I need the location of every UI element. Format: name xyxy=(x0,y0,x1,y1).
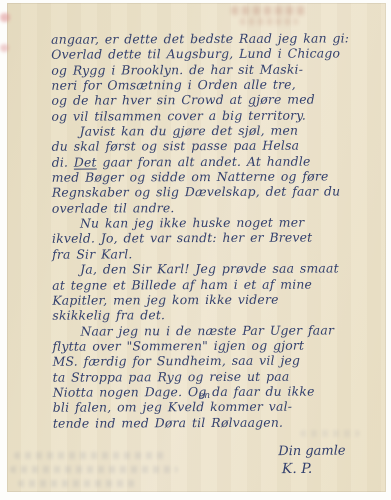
letter-line: Overlad dette til Augsburg, Lund i Chica… xyxy=(51,46,376,63)
letter-line-paragraph-start: Javist kan du gjøre det sjøl, men xyxy=(52,122,377,139)
letter-line: angaar, er dette det bedste Raad jeg kan… xyxy=(51,30,376,47)
letter-line: og de har hver sin Crowd at gjøre med xyxy=(51,92,376,109)
letter-line-paragraph-start: Nu kan jeg ikke huske noget mer xyxy=(52,214,377,231)
letter-line: og vil tilsammen cover a big territory. xyxy=(51,107,376,124)
letter-line-paragraph-start: Naar jeg nu i de næste Par Uger faar xyxy=(52,322,377,339)
letter-line: tende ind med Døra til Rølvaagen. xyxy=(53,414,378,431)
letter-line-with-insertion: bli falen, om jeg enKveld kommer val- xyxy=(53,399,378,416)
closing-phrase: Din gamle xyxy=(217,442,377,460)
inserted-word-above-line: en xyxy=(199,392,211,401)
letter-line: MS. færdig for Sundheim, saa vil jeg xyxy=(53,353,378,370)
letter-line: Kapitler, men jeg kom ikke videre xyxy=(52,291,377,308)
letter-body: angaar, er dette det bedste Raad jeg kan… xyxy=(51,30,378,430)
letter-text: gaar foran alt andet. At handle xyxy=(97,153,311,169)
letter-line-paragraph-start: Ja, den Sir Karl! Jeg prøvde saa smaat xyxy=(52,260,377,277)
letter-text: bli falen, om jeg xyxy=(53,399,168,415)
letter-line: og Rygg i Brooklyn. de har sit Maski- xyxy=(51,61,376,78)
underlined-word: Det xyxy=(74,154,97,169)
letter-line: neri for Omsætning i Orden alle tre, xyxy=(51,76,376,93)
letter-line-with-underline: di. Det gaar foran alt andet. At handle xyxy=(52,153,377,170)
scan-background: { "document": { "kind": "handwritten-let… xyxy=(0,0,391,500)
letter-line: at tegne et Billede af ham i et af mine xyxy=(52,276,377,293)
letter-line: flytta over "Sommeren" igjen og gjort xyxy=(52,337,377,354)
letter-line: du skal først og sist passe paa Helsa xyxy=(52,138,377,155)
letter-line: skikkelig fra det. xyxy=(52,306,377,323)
letter-line: ikveld. Jo, det var sandt: her er Brevet xyxy=(52,230,377,247)
letter-line: Niotta nogen Dage. Og da faar du ikke xyxy=(53,383,378,400)
signature-block: Din gamle K. P. xyxy=(217,442,377,478)
letter-text: di. xyxy=(52,154,74,169)
letter-line: med Bøger og sidde om Natterne og føre xyxy=(52,168,377,185)
letter-text: Kveld kommer val- xyxy=(168,399,292,415)
signature-initials: K. P. xyxy=(217,459,377,478)
letter-line: Regnskaber og slig Dævelskap, det faar d… xyxy=(52,184,377,201)
letter-line: overlade til andre. xyxy=(52,199,377,216)
letter-line: ta Stroppa paa Ryg og reise ut paa xyxy=(53,368,378,385)
letter-line: fra Sir Karl. xyxy=(52,245,377,262)
